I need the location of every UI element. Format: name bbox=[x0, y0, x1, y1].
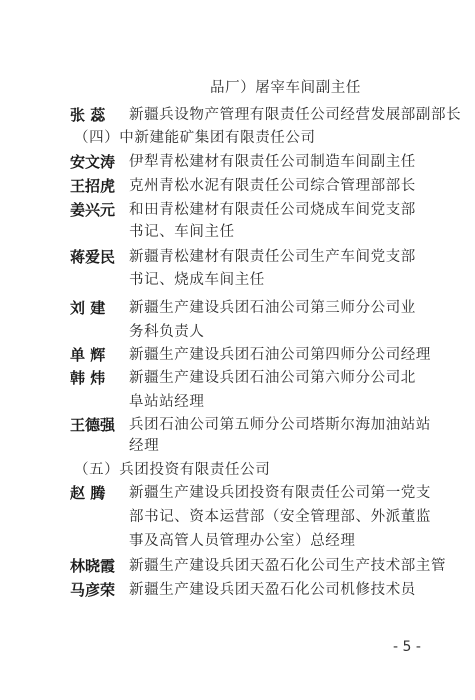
person-position: 新疆生产建设兵团天盈石化公司生产技术部主管 bbox=[129, 555, 446, 577]
page-number: - 5 - bbox=[393, 639, 421, 655]
person-name: 林晓霞 bbox=[70, 555, 120, 577]
person-name: 刘 建 bbox=[70, 297, 120, 319]
person-name: 安文涛 bbox=[70, 151, 120, 173]
person-position: 新疆生产建设兵团石油公司第三师分公司业 bbox=[129, 297, 416, 319]
person-name: 蒋爱民 bbox=[70, 246, 120, 268]
person-position: 新疆生产建设兵团石油公司第四师分公司经理 bbox=[129, 344, 431, 366]
person-position: 克州青松水泥有限责任公司综合管理部部长 bbox=[129, 175, 416, 197]
person-name: 韩 炜 bbox=[70, 367, 120, 389]
person-name: 赵 腾 bbox=[70, 482, 120, 504]
person-name: 马彦荣 bbox=[70, 579, 120, 601]
person-position: 新疆生产建设兵团天盈石化公司机修技术员 bbox=[129, 579, 416, 601]
person-name: 单 辉 bbox=[70, 344, 120, 366]
person-position: 兵团石油公司第五师分公司塔斯尔海加油站站 bbox=[129, 414, 431, 436]
person-name: 姜兴元 bbox=[70, 199, 120, 221]
person-position: 和田青松建材有限责任公司烧成车间党支部 bbox=[129, 199, 416, 221]
person-position: 伊犁青松建材有限责任公司制造车间副主任 bbox=[129, 151, 416, 173]
person-name: 王招虎 bbox=[70, 175, 120, 197]
person-name: 王德强 bbox=[70, 414, 120, 436]
person-position: 新疆兵设物产管理有限责任公司经营发展部副部长 bbox=[129, 104, 461, 126]
person-position: 新疆生产建设兵团投资有限责任公司第一党支 bbox=[129, 482, 431, 504]
person-name: 张 蕊 bbox=[70, 104, 120, 126]
person-position: 新疆生产建设兵团石油公司第六师分公司北 bbox=[129, 367, 416, 389]
person-position: 新疆青松建材有限责任公司生产车间党支部 bbox=[129, 246, 416, 268]
